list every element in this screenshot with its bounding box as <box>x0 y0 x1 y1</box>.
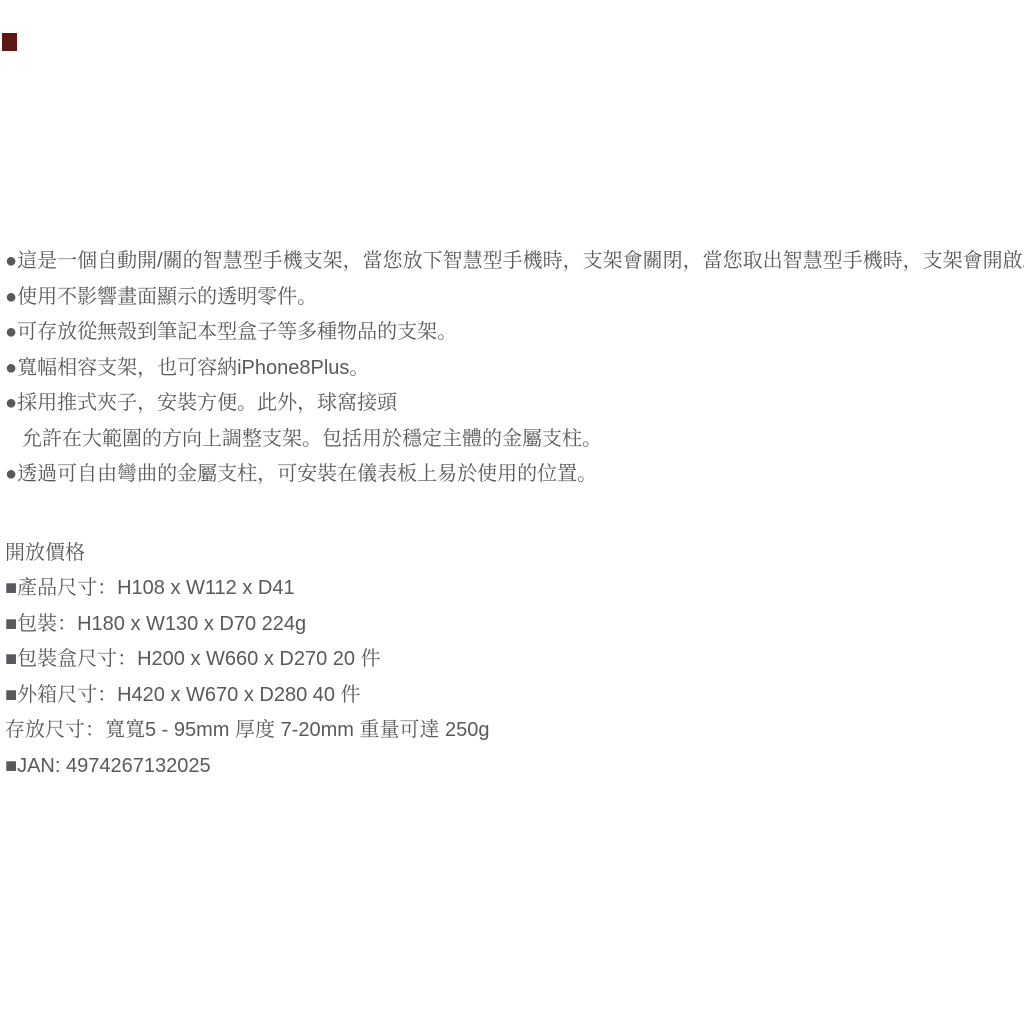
description-text: 允許在大範圍的方向上調整支架。包括用於穩定主體的金屬支柱。 <box>22 428 602 450</box>
spec-text: 存放尺寸：寬寬5 - 95mm 厚度 7-20mm 重量可達 250g <box>5 719 490 741</box>
spec-item: ■外箱尺寸：H420 x W670 x D280 40 件 <box>5 678 1024 714</box>
spec-item: 存放尺寸：寬寬5 - 95mm 厚度 7-20mm 重量可達 250g <box>5 713 1024 749</box>
description-text: 可存放從無殼到筆記本型盒子等多種物品的支架。 <box>17 321 457 343</box>
spec-text: 包裝盒尺寸：H200 x W660 x D270 20 件 <box>17 648 380 670</box>
bullet-icon: ● <box>5 457 17 493</box>
spec-item: ■產品尺寸：H108 x W112 x D41 <box>5 571 1024 607</box>
spec-item: ■包裝盒尺寸：H200 x W660 x D270 20 件 <box>5 642 1024 678</box>
description-bullet-item: ●可存放從無殼到筆記本型盒子等多種物品的支架。 <box>5 315 1024 351</box>
square-bullet-icon: ■ <box>5 678 17 714</box>
description-text: 使用不影響畫面顯示的透明零件。 <box>17 286 317 308</box>
spec-text: 產品尺寸：H108 x W112 x D41 <box>17 577 295 599</box>
square-bullet-icon: ■ <box>5 642 17 678</box>
spec-text: JAN: 4974267132025 <box>17 755 211 777</box>
square-bullet-icon: ■ <box>5 571 17 607</box>
description-bullet-item: ●使用不影響畫面顯示的透明零件。 <box>5 280 1024 316</box>
description-bullet-item: ●寬幅相容支架，也可容納iPhone8Plus。 <box>5 351 1024 387</box>
bullet-icon: ● <box>5 280 17 316</box>
bullet-icon: ● <box>5 351 17 387</box>
spec-text: 外箱尺寸：H420 x W670 x D280 40 件 <box>17 684 360 706</box>
bullet-icon: ● <box>5 315 17 351</box>
product-specs-section: 開放價格 ■產品尺寸：H108 x W112 x D41 ■包裝：H180 x … <box>5 536 1024 785</box>
description-text: 透過可自由彎曲的金屬支柱，可安裝在儀表板上易於使用的位置。 <box>17 463 597 485</box>
bullet-icon: ● <box>5 244 17 280</box>
description-text: 這是一個自動開/關的智慧型手機支架，當您放下智慧型手機時，支架會關閉，當您取出智… <box>17 250 1024 272</box>
description-continuation-line: 允許在大範圍的方向上調整支架。包括用於穩定主體的金屬支柱。 <box>5 422 1024 458</box>
product-description-list: ●這是一個自動開/關的智慧型手機支架，當您放下智慧型手機時，支架會關閉，當您取出… <box>5 244 1024 493</box>
spec-text: 包裝：H180 x W130 x D70 224g <box>17 613 306 635</box>
price-label: 開放價格 <box>5 536 1024 572</box>
spec-item-jan: ■JAN: 4974267132025 <box>5 749 1024 785</box>
description-text: 採用推式夾子，安裝方便。此外，球窩接頭 <box>17 392 397 414</box>
bullet-icon: ● <box>5 386 17 422</box>
description-bullet-item: ●採用推式夾子，安裝方便。此外，球窩接頭 <box>5 386 1024 422</box>
square-bullet-icon: ■ <box>5 607 17 643</box>
description-bullet-item: ●透過可自由彎曲的金屬支柱，可安裝在儀表板上易於使用的位置。 <box>5 457 1024 493</box>
product-detail-content: ●這是一個自動開/關的智慧型手機支架，當您放下智慧型手機時，支架會關閉，當您取出… <box>0 0 1024 784</box>
square-bullet-icon: ■ <box>5 749 17 785</box>
description-bullet-item: ●這是一個自動開/關的智慧型手機支架，當您放下智慧型手機時，支架會關閉，當您取出… <box>5 244 1024 280</box>
spec-item: ■包裝：H180 x W130 x D70 224g <box>5 607 1024 643</box>
price-label-text: 開放價格 <box>5 542 85 564</box>
description-text: 寬幅相容支架，也可容納iPhone8Plus。 <box>17 357 369 379</box>
